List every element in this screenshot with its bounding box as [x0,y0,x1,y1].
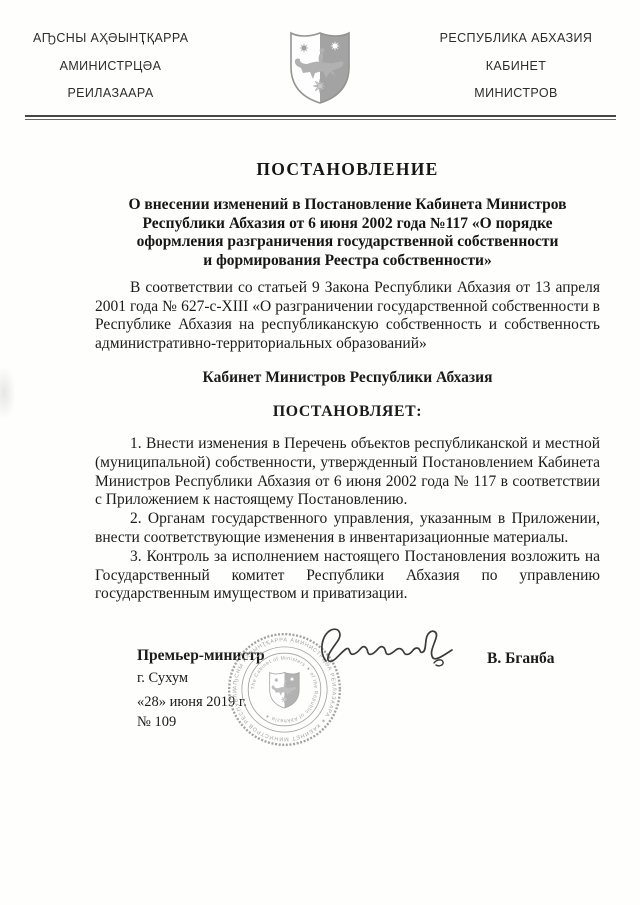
decree-subject-line: Республики Абхазия от 6 июня 2002 года №… [80,215,615,234]
decree-item-3: 3. Контроль за исполнением настоящего По… [95,548,600,604]
stamp-coat-of-arms-icon [270,672,299,708]
letterhead-abkhaz-line: АМИНИСТРЦӘА [33,59,188,73]
letterhead-russian-line: КАБИНЕТ [430,59,602,73]
issue-city: г. Сухум [137,670,188,687]
letterhead-russian: РЕСПУБЛИКА АБХАЗИЯ КАБИНЕТ МИНИСТРОВ [430,31,602,114]
letterhead-russian-line: РЕСПУБЛИКА АБХАЗИЯ [430,31,602,45]
letterhead-divider [25,115,616,120]
scan-smudge [0,366,16,420]
decree-number: № 109 [137,714,176,731]
decree-item-1: 1. Внести изменения в Перечень объектов … [95,435,600,510]
decree-subject-line: О внесении изменений в Постановление Каб… [80,196,615,215]
scanned-decree-page: АҦСНЫ АҲӘЫНҬҚАРРА АМИНИСТРЦӘА РЕИЛАЗААРА… [0,0,640,905]
letterhead-russian-line: МИНИСТРОВ [430,86,602,100]
signatory-name: В. Бганба [487,650,555,668]
decree-subject-line: оформления разграничения государственной… [80,233,615,252]
letterhead-abkhaz-line: АҦСНЫ АҲӘЫНҬҚАРРА [33,31,188,45]
signature-scrawl [316,625,460,673]
decree-subject: О внесении изменений в Постановление Каб… [80,196,615,270]
letterhead-abkhaz: АҦСНЫ АҲӘЫНҬҚАРРА АМИНИСТРЦӘА РЕИЛАЗААРА [33,31,188,114]
decree-issuer: Кабинет Министров Республики Абхазия [95,369,600,387]
decree-preamble: В соответствии со статьей 9 Закона Респу… [95,279,600,354]
decree-resolution-word: ПОСТАНОВЛЯЕТ: [95,403,600,421]
decree-title: ПОСТАНОВЛЕНИЕ [95,159,600,180]
coat-of-arms-icon [288,29,352,105]
letterhead-abkhaz-line: РЕИЛАЗААРА [33,86,188,100]
decree-items: 1. Внести изменения в Перечень объектов … [95,435,600,604]
decree-subject-line: и формирования Реестра собственности» [80,252,615,271]
decree-item-2: 2. Органам государственного управления, … [95,510,600,548]
